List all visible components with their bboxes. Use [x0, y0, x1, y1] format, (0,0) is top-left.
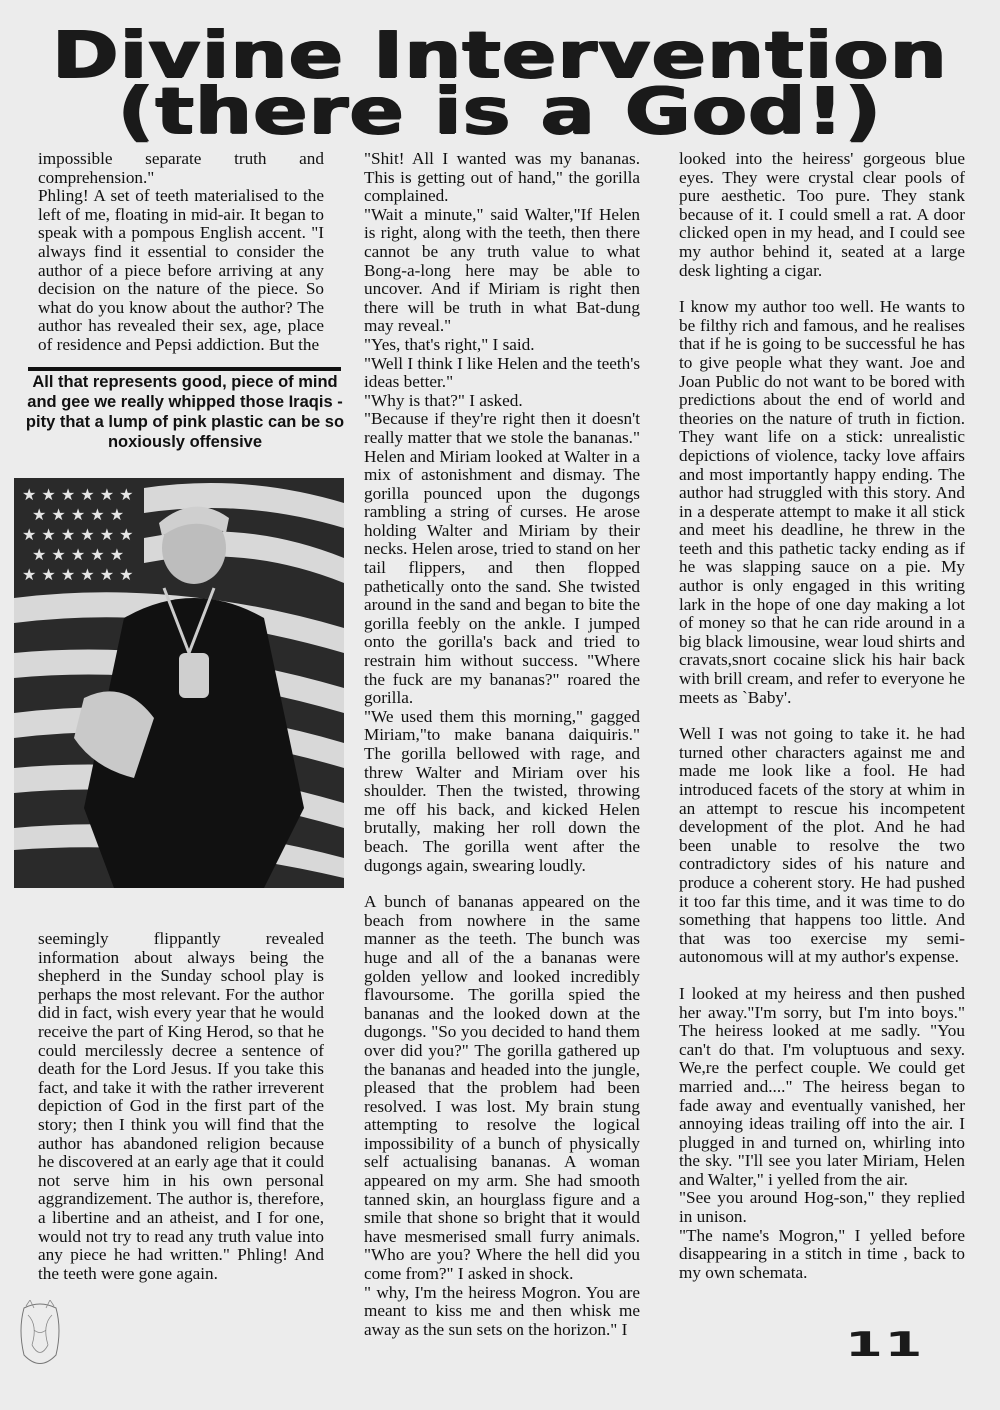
paragraph: Well I was not going to take it. he had … [679, 725, 965, 967]
paragraph: "Why is that?" I asked. [364, 392, 640, 411]
svg-text:★ ★ ★ ★ ★: ★ ★ ★ ★ ★ [32, 545, 124, 564]
paragraph: "Shit! All I wanted was my bananas. This… [364, 150, 640, 206]
svg-text:★ ★ ★ ★ ★: ★ ★ ★ ★ ★ [32, 505, 124, 524]
paragraph: impossible separate truth and comprehens… [38, 150, 324, 187]
svg-text:★ ★ ★ ★ ★ ★: ★ ★ ★ ★ ★ ★ [22, 525, 134, 544]
paragraph: "Wait a minute," said Walter,"If Helen i… [364, 206, 640, 336]
paragraph: looked into the heiress' gorgeous blue e… [679, 150, 965, 280]
svg-text:★ ★ ★ ★ ★ ★: ★ ★ ★ ★ ★ ★ [22, 485, 134, 504]
headline-line-2: (there is a God!) [0, 78, 1000, 146]
svg-text:★ ★ ★ ★ ★ ★: ★ ★ ★ ★ ★ ★ [22, 565, 134, 584]
column-1-bottom: seemingly flippantly revealed informatio… [38, 930, 324, 1283]
column-2: "Shit! All I wanted was my bananas. This… [364, 150, 640, 1339]
column-1-top: impossible separate truth and comprehens… [38, 150, 324, 355]
paragraph: I looked at my heiress and then pushed h… [679, 985, 965, 1190]
paragraph: seemingly flippantly revealed informatio… [38, 930, 324, 1283]
paragraph: "Yes, that's right," I said. [364, 336, 640, 355]
paragraph: A bunch of bananas appeared on the beach… [364, 893, 640, 1283]
paragraph: Phling! A set of teeth materialised to t… [38, 187, 324, 354]
paragraph: "We used them this morning," gagged Miri… [364, 708, 640, 875]
paragraph: "The name's Mogron," I yelled before dis… [679, 1227, 965, 1283]
paragraph: " why, I'm the heiress Mogron. You are m… [364, 1284, 640, 1340]
flag-soldier-photo: ★ ★ ★ ★ ★ ★ ★ ★ ★ ★ ★ ★ ★ ★ ★ ★ ★ ★ ★ ★ … [14, 478, 344, 888]
dog-face-logo-icon [18, 1300, 62, 1372]
paragraph: "See you around Hog-son," they replied i… [679, 1189, 965, 1226]
column-3: looked into the heiress' gorgeous blue e… [679, 150, 965, 1282]
paragraph: "Because if they're right then it doesn'… [364, 410, 640, 708]
pull-quote-rule [28, 367, 341, 371]
paragraph: I know my author too well. He wants to b… [679, 298, 965, 707]
photo-image: ★ ★ ★ ★ ★ ★ ★ ★ ★ ★ ★ ★ ★ ★ ★ ★ ★ ★ ★ ★ … [14, 478, 344, 888]
pull-quote: All that represents good, piece of mind … [24, 372, 346, 452]
paragraph: "Well I think I like Helen and the teeth… [364, 355, 640, 392]
page-number: 11 [845, 1325, 924, 1365]
